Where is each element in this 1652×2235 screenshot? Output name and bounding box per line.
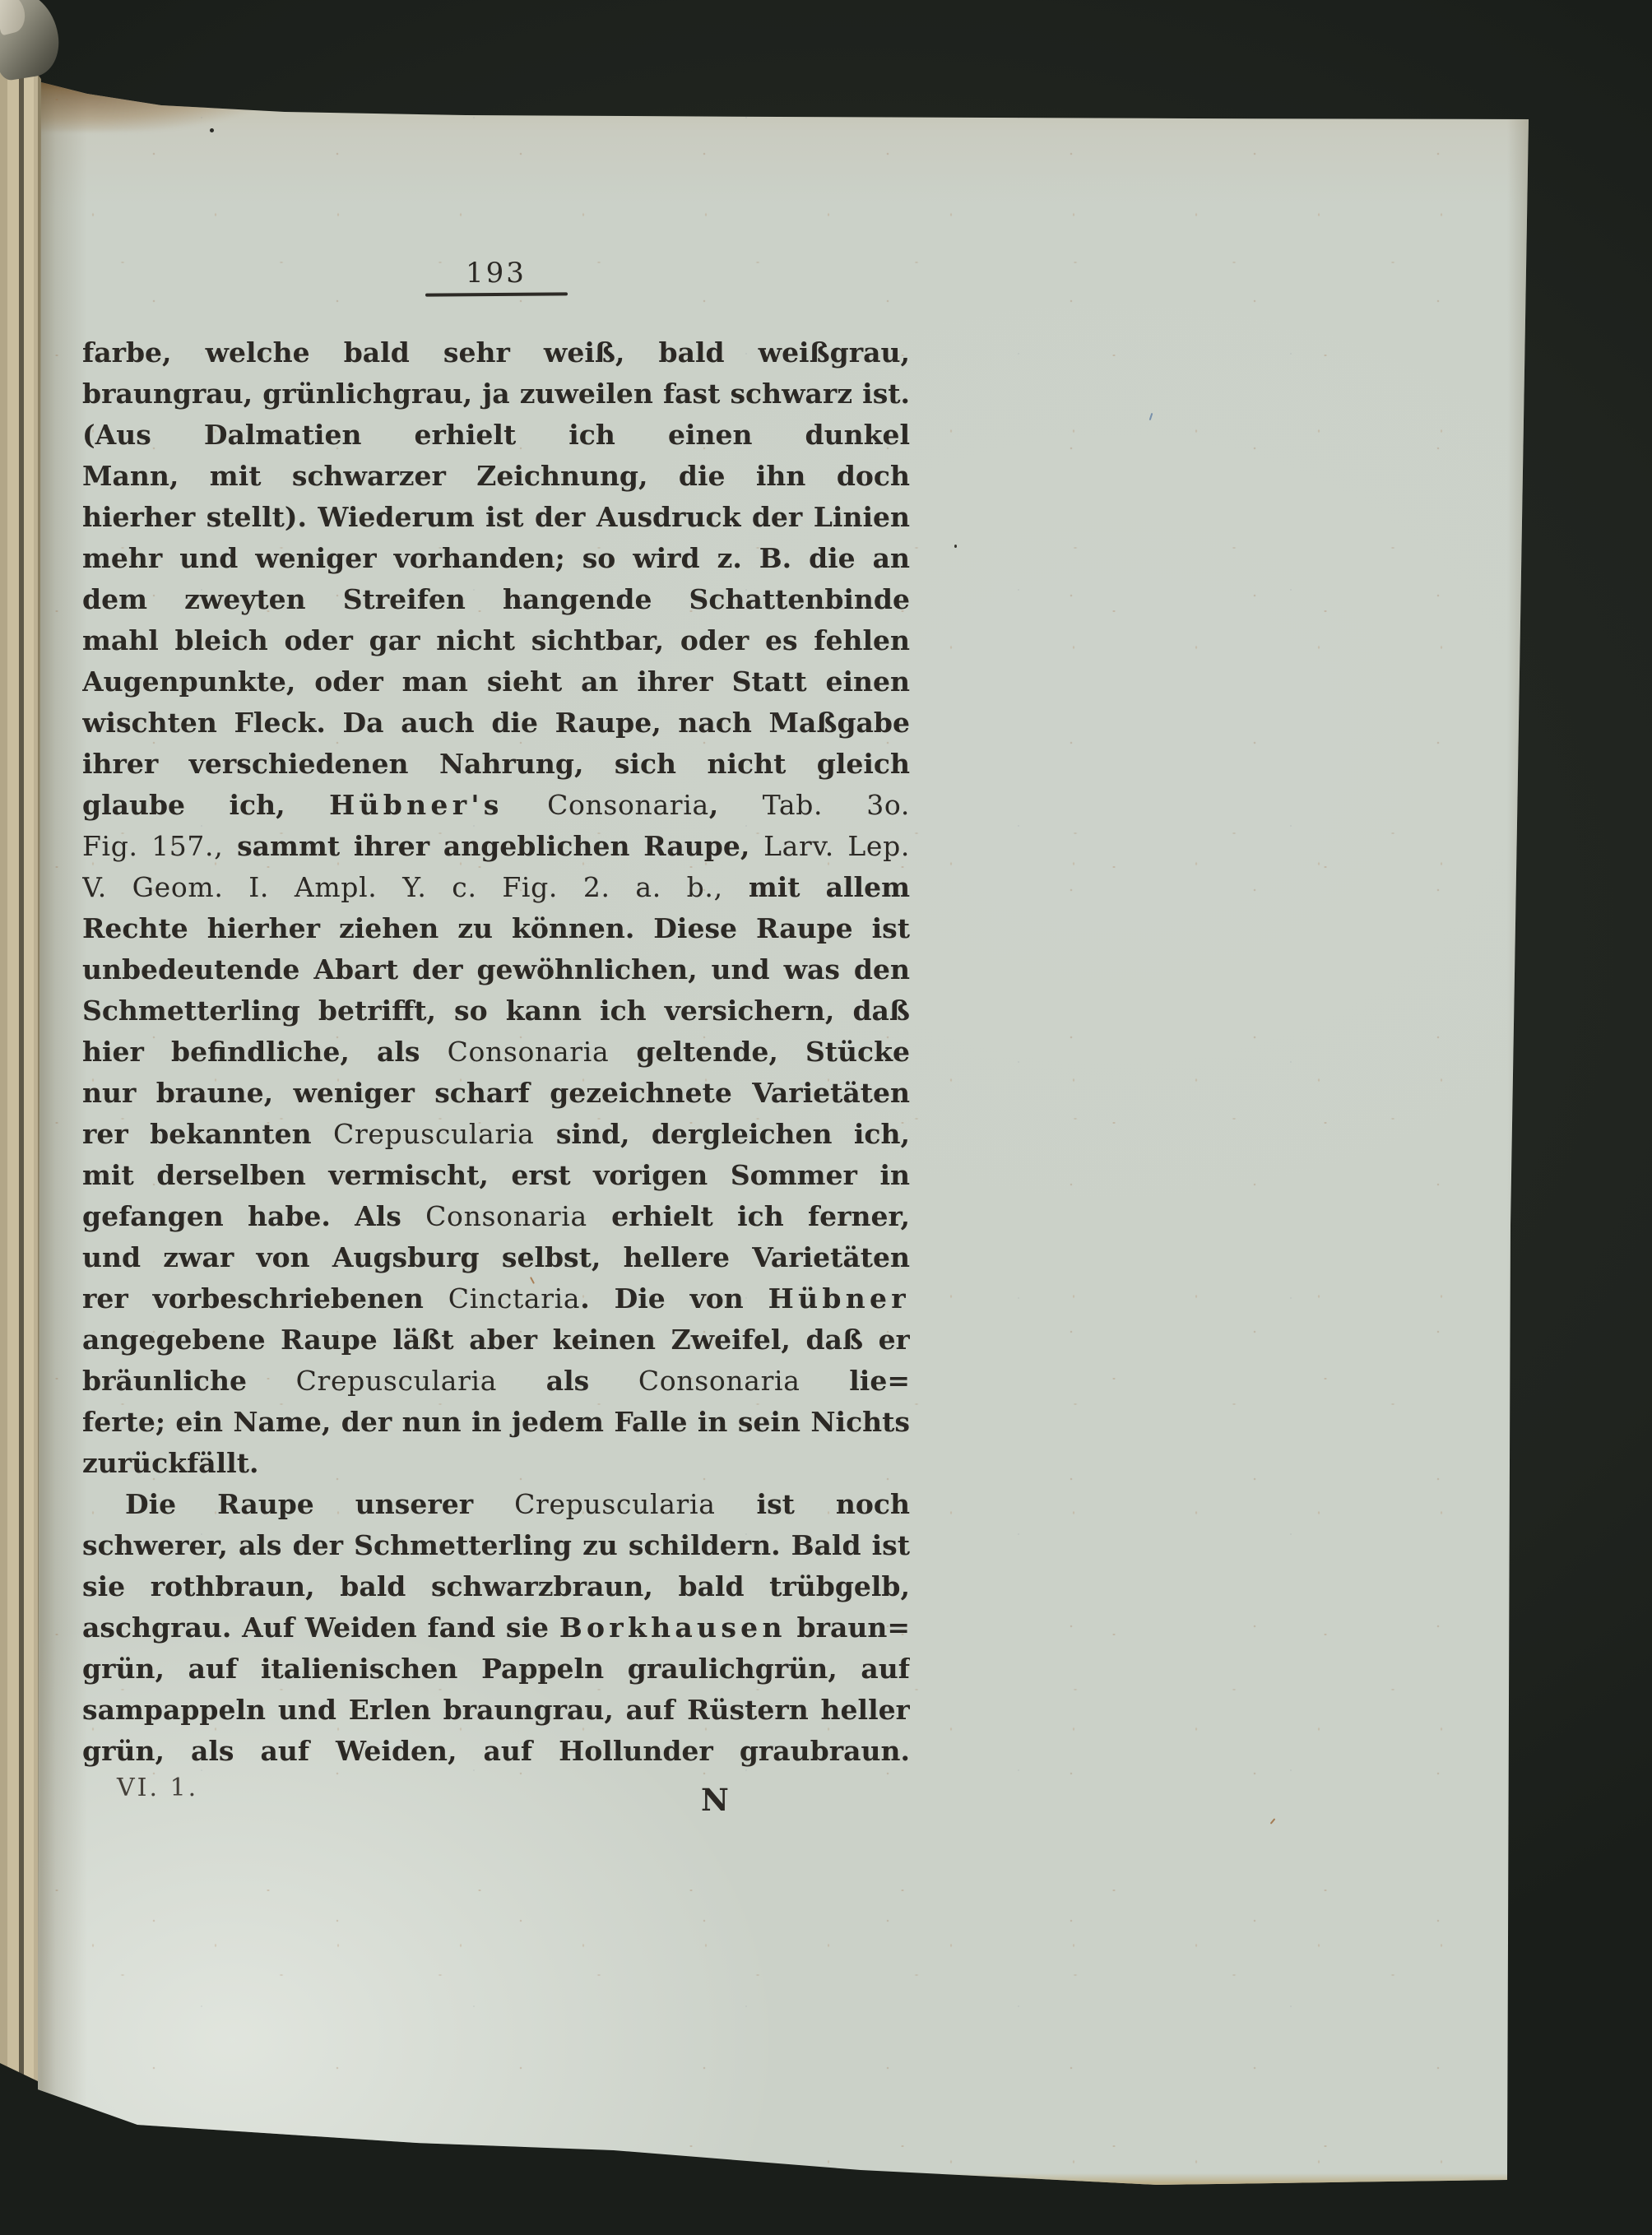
- antiqua-term: Fig. 157.,: [82, 830, 223, 862]
- text-line: dem zweyten Streifen hangende Schattenbi…: [82, 579, 910, 620]
- text-line: sampappeln und Erlen braungrau, auf Rüst…: [82, 1690, 910, 1731]
- antiqua-term: Consonaria: [425, 1200, 587, 1232]
- text-line: gefangen habe. Als Consonaria erhielt ic…: [82, 1196, 910, 1237]
- text-line: V. Geom. I. Ampl. Y. c. Fig. 2. a. b., m…: [82, 867, 910, 908]
- signature-mark: VI. 1.: [117, 1774, 198, 1802]
- text-line: Rechte hierher ziehen zu können. Diese R…: [82, 908, 910, 949]
- text-line: glaube ich, Hübner's Consonaria, Tab. 3o…: [82, 785, 910, 826]
- text-line: aschgrau. Auf Weiden fand sie Borkhausen…: [82, 1607, 910, 1648]
- antiqua-term: Larv. Lep.: [763, 830, 910, 862]
- text-line: Schmetterling betrifft, so kann ich vers…: [82, 990, 910, 1032]
- text-line: hier befindliche, als Consonaria geltend…: [82, 1032, 910, 1073]
- text-line: wischten Fleck. Da auch die Raupe, nach …: [82, 702, 910, 744]
- text-line: farbe, welche bald sehr weiß, bald weißg…: [82, 332, 910, 373]
- antiqua-term: Crepuscularia: [514, 1488, 715, 1520]
- spaced-term: Hübner's: [329, 789, 503, 821]
- spaced-term: Borkhausen: [559, 1611, 787, 1644]
- book-page: 193 farbe, welche bald sehr weiß, bald w…: [38, 74, 1532, 2188]
- text-line: Fig. 157., sammt ihrer angeblichen Raupe…: [82, 826, 910, 867]
- text-line: grün, auf italienischen Pappeln graulich…: [82, 1648, 910, 1690]
- text-line: mahl bleich oder gar nicht sichtbar, ode…: [82, 620, 910, 661]
- text-line: braungrau, grünlichgrau, ja zuweilen fas…: [82, 373, 910, 415]
- text-line: unbedeutende Abart der gewöhnlichen, und…: [82, 949, 910, 990]
- text-line: schwerer, als der Schmetterling zu schil…: [82, 1525, 910, 1566]
- text-line: grün, als auf Weiden, auf Hollunder grau…: [82, 1731, 910, 1772]
- antiqua-term: Tab. 3o.: [763, 789, 910, 821]
- text-line: mehr und weniger vorhanden; so wird z. B…: [82, 538, 910, 579]
- antiqua-term: Consonaria: [448, 1036, 610, 1068]
- antiqua-term: Cinctaria: [448, 1282, 580, 1315]
- burnt-top-edge: [38, 74, 1532, 99]
- text-line: Die Raupe unserer Crepuscularia ist noch: [82, 1484, 910, 1525]
- text-line: rer bekannten Crepuscularia sind, dergle…: [82, 1114, 910, 1155]
- text-line: bräunliche Crepuscularia als Consonaria …: [82, 1361, 910, 1402]
- spaced-term: Hübner: [768, 1282, 910, 1315]
- ink-fleck: [210, 128, 214, 132]
- antiqua-term: Crepuscularia: [296, 1365, 497, 1397]
- book-photograph: 193 farbe, welche bald sehr weiß, bald w…: [0, 0, 1652, 2235]
- text-line: ihrer verschiedenen Nahrung, sich nicht …: [82, 744, 910, 785]
- catchword: N: [701, 1782, 729, 1818]
- antiqua-term: Consonaria: [638, 1365, 800, 1397]
- text-line: rer vorbeschriebenen Cinctaria. Die von …: [82, 1278, 910, 1319]
- text-line: zurückfällt.: [82, 1443, 910, 1484]
- text-line: Augenpunkte, oder man sieht an ihrer Sta…: [82, 661, 910, 702]
- text-line: Mann, mit schwarzer Zeichnung, die ihn d…: [82, 456, 910, 497]
- text-line: hierher stellt). Wiederum ist der Ausdru…: [82, 497, 910, 538]
- ink-fleck: [954, 545, 957, 548]
- antiqua-term: Crepuscularia: [333, 1118, 534, 1150]
- book-fore-edges: [0, 13, 41, 2096]
- page-number: 193: [82, 257, 910, 290]
- antiqua-term: Consonaria: [547, 789, 709, 821]
- text-line: und zwar von Augsburg selbst, hellere Va…: [82, 1237, 910, 1278]
- antiqua-term: V. Geom. I. Ampl. Y. c. Fig. 2. a. b.,: [82, 871, 723, 903]
- text-line: ferte; ein Name, der nun in jedem Falle …: [82, 1402, 910, 1443]
- text-line: (Aus Dalmatien erhielt ich einen dunkel …: [82, 415, 910, 456]
- text-block: farbe, welche bald sehr weiß, bald weißg…: [82, 332, 910, 1772]
- text-line: sie rothbraun, bald schwarzbraun, bald t…: [82, 1566, 910, 1607]
- text-line: mit derselben vermischt, erst vorigen So…: [82, 1155, 910, 1196]
- text-line: angegebene Raupe läßt aber keinen Zweife…: [82, 1319, 910, 1361]
- text-line: nur braune, weniger scharf gezeichnete V…: [82, 1073, 910, 1114]
